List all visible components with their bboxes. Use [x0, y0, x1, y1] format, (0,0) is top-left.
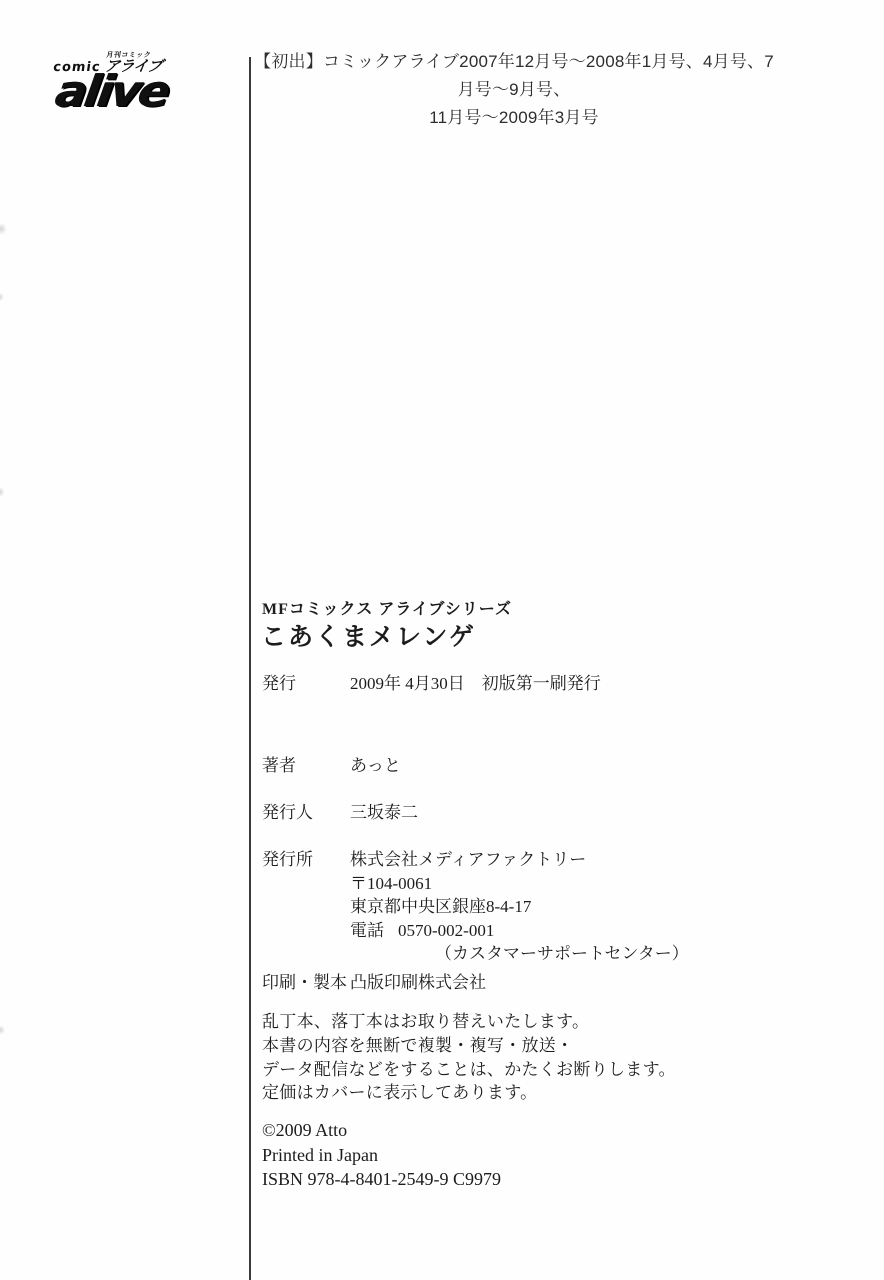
publisher-company: 株式会社メディアファクトリー	[350, 848, 689, 872]
publisher-block: 株式会社メディアファクトリー 〒104-0061 東京都中央区銀座8-4-17 …	[350, 848, 689, 966]
row-value: あっと	[350, 754, 401, 777]
notice-line-1: 乱丁本、落丁本はお取り替えいたします。	[262, 1010, 676, 1034]
isbn-line: ISBN 978-4-8401-2549-9 C9979	[262, 1167, 501, 1192]
book-title: こあくまメレンゲ	[261, 617, 476, 653]
row-value: 2009年 4月30日 初版第一刷発行	[350, 672, 601, 695]
colophon-row-issuer: 発行人 三坂泰二	[262, 801, 418, 824]
notice-line-2: 本書の内容を無断で複製・複写・放送・	[262, 1034, 676, 1058]
row-label: 発行人	[262, 801, 350, 824]
notice-line-3: データ配信などをすることは、かたくお断りします。	[262, 1058, 676, 1082]
first-publication-line-1: 【初出】コミックアライブ2007年12月号～2008年1月号、4月号、7月号～9…	[247, 48, 781, 104]
first-publication-line-2: 11月号～2009年3月号	[247, 104, 781, 132]
row-label: 発行所	[262, 848, 350, 966]
colophon-row-printer: 印刷・製本 凸版印刷株式会社	[262, 971, 486, 994]
publisher-address: 東京都中央区銀座8-4-17	[350, 895, 689, 919]
row-label: 著者	[262, 754, 350, 777]
first-publication-notice: 【初出】コミックアライブ2007年12月号～2008年1月号、4月号、7月号～9…	[247, 48, 781, 132]
colophon-page: comic 月刊コミック アライブ alive 【初出】コミックアライブ2007…	[0, 0, 884, 1280]
colophon-row-publisher: 発行所 株式会社メディアファクトリー 〒104-0061 東京都中央区銀座8-4…	[262, 848, 689, 966]
series-name: MFコミックス アライブシリーズ	[262, 596, 512, 619]
scan-speck	[0, 1025, 5, 1035]
printed-in-line: Printed in Japan	[262, 1143, 501, 1168]
colophon-row-author: 著者 あっと	[262, 754, 401, 777]
row-label: 発行	[262, 672, 350, 695]
notice-line-4: 定価はカバーに表示してあります。	[262, 1081, 676, 1105]
logo-alive-text: alive	[53, 74, 240, 111]
publisher-postal-code: 〒104-0061	[350, 872, 689, 896]
page-divider-line	[249, 57, 251, 1280]
comic-alive-logo: comic 月刊コミック アライブ alive	[54, 50, 240, 118]
colophon-row-publication: 発行 2009年 4月30日 初版第一刷発行	[262, 672, 601, 695]
publisher-phone-line: 電話0570-002-001	[350, 919, 689, 943]
scan-speck	[0, 486, 4, 498]
row-value: 三坂泰二	[350, 801, 418, 824]
phone-note: （カスタマーサポートセンター）	[350, 942, 689, 966]
phone-label: 電話	[350, 921, 384, 940]
phone-number: 0570-002-001	[398, 921, 494, 940]
copyright-block: ©2009 Atto Printed in Japan ISBN 978-4-8…	[262, 1118, 501, 1192]
row-label: 印刷・製本	[262, 971, 350, 994]
scan-speck	[0, 222, 6, 236]
copyright-line: ©2009 Atto	[262, 1118, 501, 1143]
legal-notices: 乱丁本、落丁本はお取り替えいたします。 本書の内容を無断で複製・複写・放送・ デ…	[262, 1010, 676, 1105]
scan-speck	[0, 292, 4, 302]
row-value: 凸版印刷株式会社	[350, 971, 486, 994]
